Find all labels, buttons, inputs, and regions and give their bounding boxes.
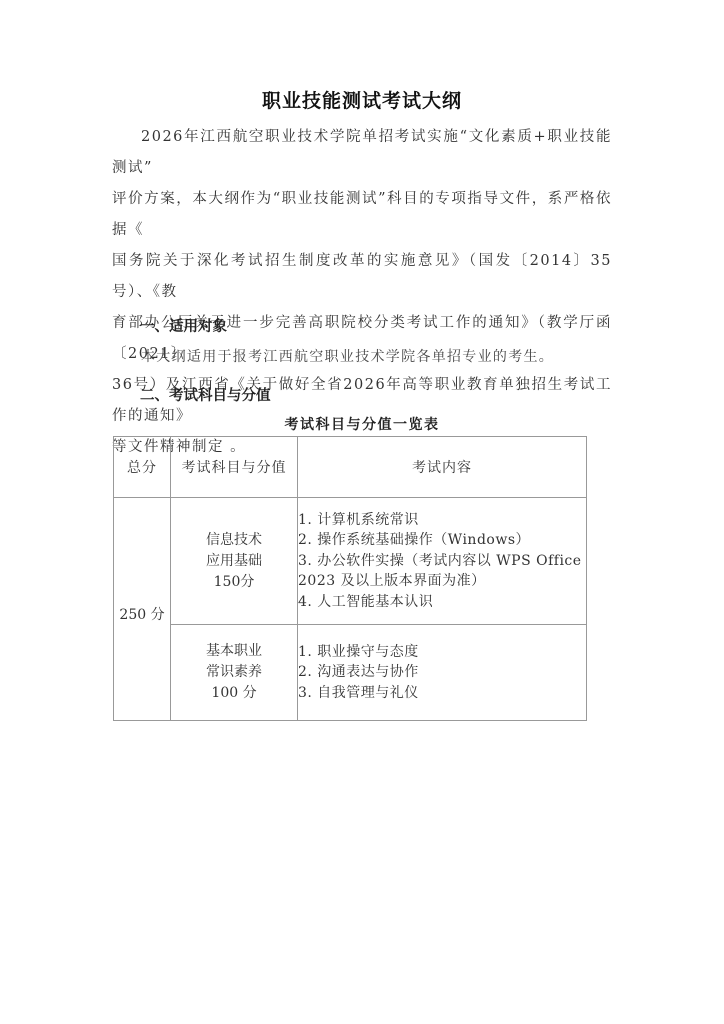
subject-line: 信息技术 [171,530,297,551]
content-item: 2. 操作系统基础操作（Windows） [298,530,586,551]
section-heading-applicable: 一、适用对象 [140,315,227,336]
content-item: 2. 沟通表达与协作 [298,662,586,683]
table-header-row: 总分 考试科目与分值 考试内容 [114,437,587,498]
content-item: 4. 人工智能基本认识 [298,592,586,613]
subject-line: 应用基础 [171,551,297,572]
content-cell: 1. 计算机系统常识 2. 操作系统基础操作（Windows） 3. 办公软件实… [298,498,587,625]
content-item: 3. 自我管理与礼仪 [298,683,586,704]
section-text-applicable: 本大纲适用于报考江西航空职业技术学院各单招专业的考生。 [141,346,554,366]
total-score-cell: 250 分 [114,498,171,721]
content-item: 2023 及以上版本界面为准） [298,571,586,592]
subjects-table: 总分 考试科目与分值 考试内容 250 分 信息技术 应用基础 150分 1. … [113,436,587,721]
subject-score: 150分 [171,572,297,593]
header-content: 考试内容 [298,437,587,498]
content-item: 3. 办公软件实操（考试内容以 WPS Office [298,551,586,572]
content-item: 1. 职业操守与态度 [298,642,586,663]
subject-line: 基本职业 [171,641,297,662]
table-row: 基本职业 常识素养 100 分 1. 职业操守与态度 2. 沟通表达与协作 3.… [114,625,587,721]
intro-line: 国务院关于深化考试招生制度改革的实施意见》（国发〔2014〕35号）、《教 [112,246,612,308]
content-cell: 1. 职业操守与态度 2. 沟通表达与协作 3. 自我管理与礼仪 [298,625,587,721]
table-row: 250 分 信息技术 应用基础 150分 1. 计算机系统常识 2. 操作系统基… [114,498,587,625]
intro-line: 评价方案，本大纲作为“职业技能测试”科目的专项指导文件，系严格依据《 [112,184,612,246]
document-title: 职业技能测试考试大纲 [0,86,724,113]
header-total: 总分 [114,437,171,498]
table-caption: 考试科目与分值一览表 [0,414,724,434]
subject-score: 100 分 [171,683,297,704]
subject-line: 常识素养 [171,662,297,683]
subject-cell: 信息技术 应用基础 150分 [171,498,298,625]
intro-line: 2026年江西航空职业技术学院单招考试实施“文化素质+职业技能测试” [112,122,612,184]
intro-paragraph: 2026年江西航空职业技术学院单招考试实施“文化素质+职业技能测试” 评价方案，… [112,122,612,463]
subject-cell: 基本职业 常识素养 100 分 [171,625,298,721]
section-heading-subjects: 二、考试科目与分值 [140,384,271,405]
header-subject: 考试科目与分值 [171,437,298,498]
total-score: 250 分 [114,604,170,624]
content-item: 1. 计算机系统常识 [298,510,586,531]
